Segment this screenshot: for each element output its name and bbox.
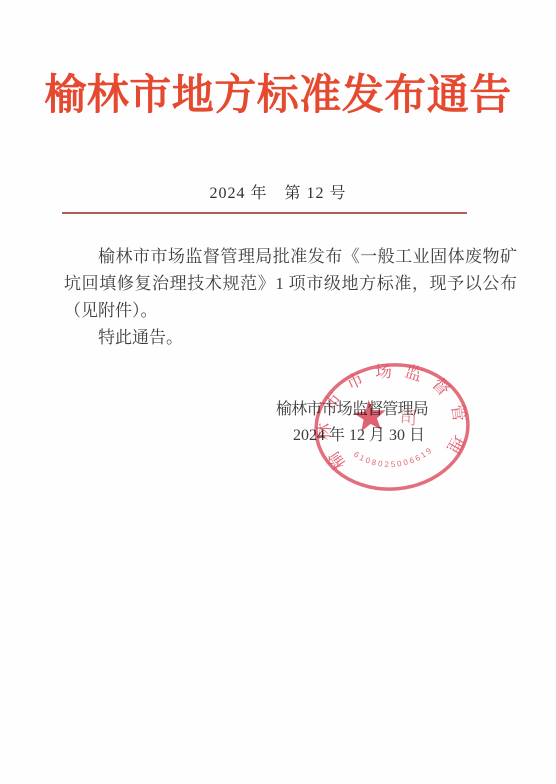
seal-code-textpath: 6108025006619 [351, 443, 436, 472]
seal-arc-textpath: 榆林市市场监督管理局 [296, 344, 473, 479]
doc-number: 2024 年 第 12 号 [0, 180, 556, 203]
notice-body: 榆林市市场监督管理局批准发布《一般工业固体废物矿坑回填修复治理技术规范》1 项市… [64, 243, 517, 351]
seal-inner-mark: 司 [399, 408, 418, 429]
body-paragraph-1: 榆林市市场监督管理局批准发布《一般工业固体废物矿坑回填修复治理技术规范》1 项市… [64, 243, 517, 324]
star-icon [352, 399, 387, 433]
notice-title: 榆林市地方标准发布通告 [0, 70, 556, 120]
seal-code-text: 6108025006619 [351, 443, 436, 472]
notice-document-page: 榆林市地方标准发布通告 2024 年 第 12 号 榆林市市场监督管理局批准发布… [0, 0, 556, 784]
seal-arc-text: 榆林市市场监督管理局 [296, 344, 473, 479]
official-seal-stamp: 榆林市市场监督管理局 司 6108025006619 [296, 344, 488, 509]
red-divider-rule [62, 212, 467, 214]
